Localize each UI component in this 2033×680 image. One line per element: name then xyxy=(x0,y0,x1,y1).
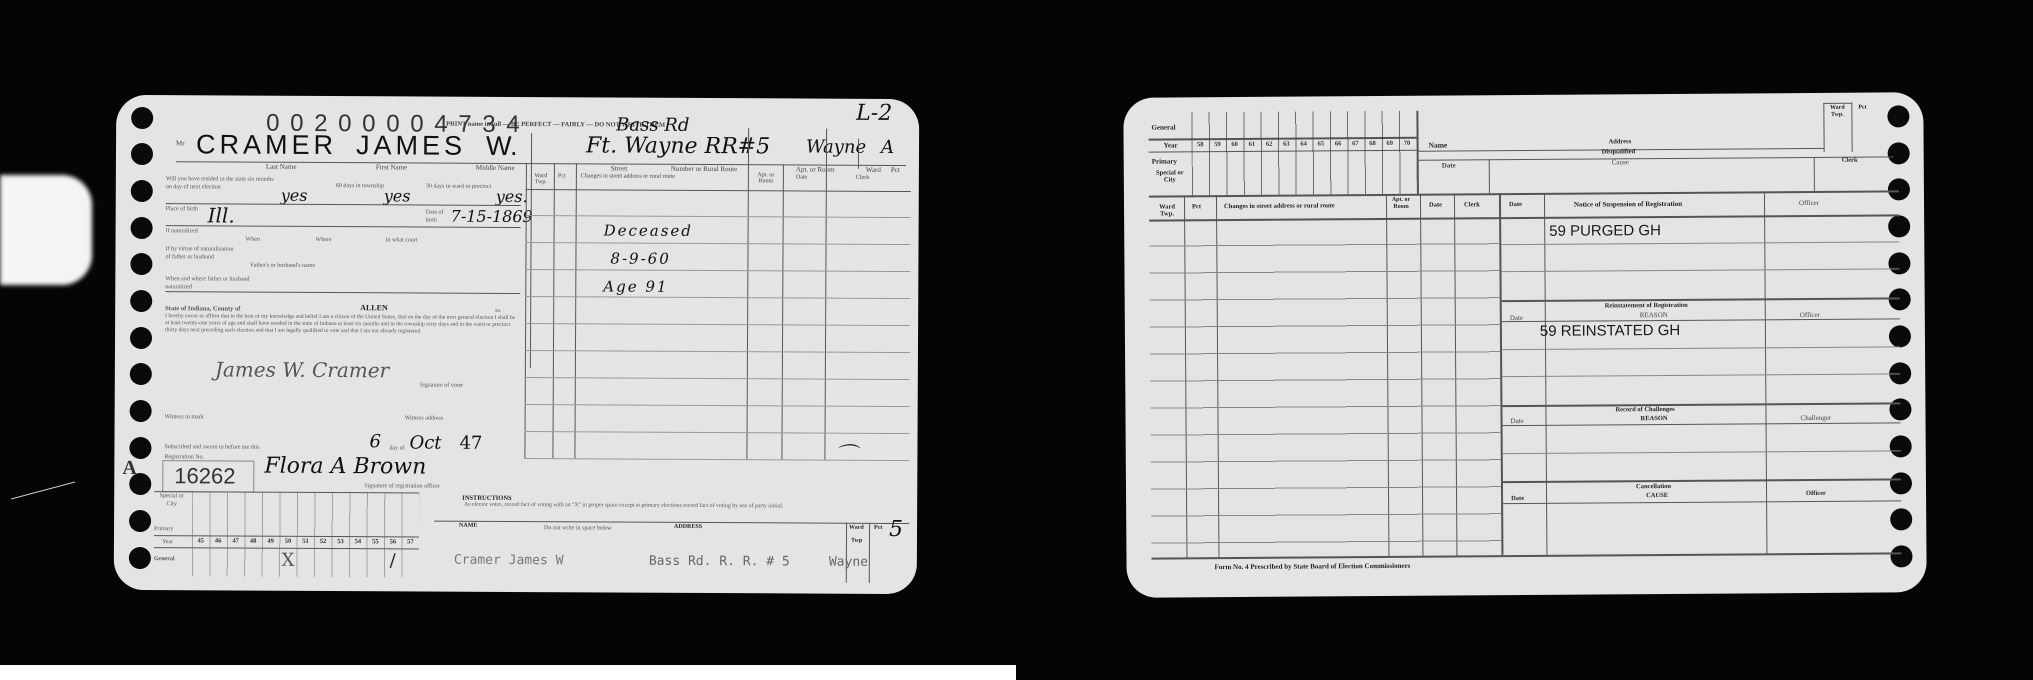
label-day-of: day of xyxy=(389,444,404,452)
col-line xyxy=(858,139,859,169)
punch-hole xyxy=(1890,435,1912,457)
punch-hole xyxy=(130,363,152,385)
suspension-header-officer: Officer xyxy=(1799,199,1819,207)
punch-hole xyxy=(130,253,152,275)
punch-hole xyxy=(129,547,151,569)
punch-hole xyxy=(130,290,152,312)
col-line xyxy=(781,164,784,459)
label-cause: Cause xyxy=(1612,158,1629,166)
col-line xyxy=(530,133,532,368)
typed-township: Wayne xyxy=(829,555,868,570)
punch-hole xyxy=(1888,215,1910,237)
grid-label-special: Special or City xyxy=(1156,169,1184,183)
footer-address-label: ADDRESS xyxy=(674,524,702,530)
punch-hole xyxy=(1888,252,1910,274)
punch-hole xyxy=(1888,178,1910,200)
label-disqualified: Disqualified xyxy=(1602,148,1636,155)
punch-hole xyxy=(1888,142,1910,164)
rule xyxy=(434,521,909,524)
side-letter: A xyxy=(122,457,137,480)
label-name: Name xyxy=(1429,141,1448,150)
footer-do-not-write: Do not write in space below xyxy=(544,524,612,532)
label-naturalized: If naturalized xyxy=(166,227,206,235)
answer-resided-state: yes xyxy=(281,186,308,205)
label-date: Date xyxy=(1442,161,1456,169)
col-line xyxy=(824,129,827,460)
rule xyxy=(1419,156,1894,160)
title-prefix: Mr xyxy=(176,139,185,147)
cancellation-header-officer: Officer xyxy=(1806,490,1826,497)
street-address: Ft. Wayne RR#5 xyxy=(586,133,770,159)
oath-county: ALLEN xyxy=(360,303,388,312)
changes-header-apt: Apt. or Room xyxy=(751,172,781,184)
col-line xyxy=(869,523,870,583)
rule xyxy=(525,350,910,353)
label-where: Where xyxy=(316,236,332,244)
punch-hole xyxy=(131,180,153,202)
suspension-header-date: Date xyxy=(1509,201,1522,208)
grid-label-general: General xyxy=(1151,123,1175,131)
rule xyxy=(1502,318,1900,322)
label-first-name: First Name xyxy=(376,163,407,171)
changes-note-deceased: Deceased xyxy=(604,221,693,239)
subscribed-day: 6 xyxy=(369,431,381,452)
reinstatement-header-officer: Officer xyxy=(1800,311,1820,319)
registration-card-front: 0 0 2 0 0 0 0 4 7 3 4 PRINT name in full… xyxy=(114,95,920,594)
changes-note-age: Age 91 xyxy=(603,277,668,295)
label-registrar: Signature of registration officer xyxy=(364,482,440,490)
suspension-header-notice: Notice of Suspension of Registration xyxy=(1574,200,1682,209)
rule xyxy=(525,404,910,407)
punch-hole xyxy=(131,143,153,165)
punch-hole xyxy=(131,217,153,239)
checkmark-scribble: ⌒ xyxy=(834,439,856,470)
label-subscribed: Subscribed and sworn to before me this xyxy=(164,443,259,451)
changes-header-address: Changes in street address or rural route xyxy=(1224,202,1335,210)
rule xyxy=(525,323,910,326)
cancellation-title: Cancellation xyxy=(1636,483,1671,490)
grid-label-year: Year xyxy=(1164,141,1178,149)
rule xyxy=(1503,500,1901,504)
adjacent-card-edge xyxy=(0,175,92,285)
footer-ward-label: Ward xyxy=(849,525,864,531)
label-ward-30: 30 days in ward or precinct xyxy=(426,183,506,191)
label-signature-of-voter: Signature of voter xyxy=(420,381,463,389)
registration-card-back: General Year Primary Special or City 58 … xyxy=(1123,92,1926,598)
registration-no: 16262 xyxy=(174,463,235,489)
cancellation-header-cause: CAUSE xyxy=(1646,492,1668,499)
punch-hole xyxy=(131,107,153,129)
label-when-where-naturalized: When and where father or husband natural… xyxy=(165,275,255,291)
bottom-strip xyxy=(0,665,1016,680)
subscribed-month: Oct xyxy=(409,432,441,453)
challenges-header-date: Date xyxy=(1511,417,1524,425)
col-line xyxy=(1814,157,1815,191)
label-street: Street xyxy=(611,164,627,172)
rule xyxy=(1502,373,1900,377)
registrar-signature: Flora A Brown xyxy=(264,454,426,480)
punch-hole xyxy=(1890,508,1912,530)
rule xyxy=(1501,241,1899,245)
changes-note-date: 8-9-60 xyxy=(610,249,670,267)
voting-grid-lines xyxy=(192,491,419,577)
changes-header-ward: Ward Twp. xyxy=(528,173,554,185)
col-line xyxy=(1544,193,1548,555)
grid-label-primary: Primary xyxy=(1152,157,1177,165)
rule xyxy=(525,296,910,299)
answer-township-60: yes xyxy=(384,186,411,205)
last-name: CRAMER xyxy=(196,129,337,161)
changes-header-clerk: Clerk xyxy=(856,175,869,181)
label-pct: Pct xyxy=(891,166,900,174)
rule xyxy=(1502,346,1900,350)
changes-header-date: Date xyxy=(796,174,807,180)
rule xyxy=(1503,450,1901,454)
rule xyxy=(1503,422,1901,426)
label-when: When xyxy=(246,236,260,244)
rule xyxy=(1503,478,1901,483)
changes-row-lines xyxy=(1149,217,1501,557)
challenges-header-challenger: Challenger xyxy=(1800,414,1831,422)
punch-hole xyxy=(130,327,152,349)
punch-hole xyxy=(1889,325,1911,347)
punch-hole xyxy=(1890,472,1912,494)
rule xyxy=(526,242,911,245)
reinstatement-title: Reinstatement of Registration xyxy=(1605,302,1688,310)
rule xyxy=(1501,268,1899,272)
changes-header-address: Changes in street address or rural route xyxy=(581,173,675,179)
label-fathers-name: Father's or husband's name xyxy=(250,262,315,270)
label-clerk: Clerk xyxy=(1842,157,1858,164)
label-witness-mark: Witness to mark xyxy=(165,413,204,421)
cancellation-header-date: Date xyxy=(1511,495,1524,502)
label-ward-twp: Ward Twp. xyxy=(1825,105,1849,119)
corner-mark: L-2 xyxy=(856,101,892,126)
rule xyxy=(1502,402,1900,407)
punch-hole xyxy=(1890,545,1912,567)
footer-pct-mark: 5 xyxy=(889,517,903,542)
label-last-name: Last Name xyxy=(266,163,297,171)
voter-signature: James W. Cramer xyxy=(215,357,389,382)
footer-twp-label: Twp xyxy=(851,538,862,544)
col-line xyxy=(552,163,555,458)
label-rural-route: Number or Rural Route xyxy=(671,165,737,173)
col-line xyxy=(746,128,749,459)
grid-label-general: General xyxy=(154,555,175,563)
label-apt-room: Apt. or Room xyxy=(796,165,835,173)
footer-pct-label: Pct xyxy=(874,525,882,531)
ward-pct-mark: A xyxy=(881,137,894,158)
grid-label-primary: Primary xyxy=(154,525,173,533)
label-place-of-birth: Place of birth xyxy=(166,205,206,213)
suspension-entry: 59 PURGED GH xyxy=(1549,222,1661,240)
rule xyxy=(525,377,910,380)
label-pct: Pct xyxy=(1858,105,1866,111)
punch-hole xyxy=(129,510,151,532)
label-resided-state: Will you have resided in the state six m… xyxy=(166,175,276,192)
punch-hole xyxy=(130,400,152,422)
label-address: Address xyxy=(1609,138,1632,145)
col-line xyxy=(524,163,527,458)
reinstatement-header-reason: REASON xyxy=(1640,311,1668,319)
typed-name: Cramer James W xyxy=(454,553,564,569)
reinstatement-entry: 59 REINSTATED GH xyxy=(1540,322,1680,340)
instructions-text: As elector votes, record fact of voting … xyxy=(464,502,889,511)
rule xyxy=(1502,297,1900,302)
label-in-what-court: In what court xyxy=(386,236,418,244)
punch-hole xyxy=(1887,105,1909,127)
footer-name-label: NAME xyxy=(459,523,477,529)
answer-date-of-birth: 7-15-1869 xyxy=(451,207,533,226)
label-middle-name: Middle Name xyxy=(476,164,515,172)
middle-name: W. xyxy=(486,131,518,162)
answer-ward-30: yes. xyxy=(496,187,528,206)
answer-place-of-birth: Ill. xyxy=(208,203,235,227)
typed-address: Bass Rd. R. R. # 5 xyxy=(649,554,790,570)
subscribed-year: 47 xyxy=(459,433,482,454)
rule xyxy=(525,431,910,434)
changes-header-pct: Pct xyxy=(1192,203,1201,210)
label-ward: Ward xyxy=(866,166,881,174)
rule xyxy=(165,291,520,294)
oath-ss: ss. xyxy=(495,307,501,315)
label-by-virtue: If by virtue of naturalization of father… xyxy=(165,245,235,261)
form-footer: Form No. 4 Prescribed by State Board of … xyxy=(1215,562,1411,571)
changes-header-pct: Pct xyxy=(558,173,566,179)
scratch-mark xyxy=(11,481,75,499)
challenges-header-reason: REASON xyxy=(1640,415,1667,422)
changes-header-clerk: Clerk xyxy=(1464,201,1480,208)
oath-text: I hereby swear or affirm that to the bes… xyxy=(165,313,520,336)
label-witness-address: Witness address xyxy=(405,414,444,422)
rule xyxy=(526,215,911,218)
col-line xyxy=(846,523,847,583)
grid-label-special: Special or City xyxy=(154,492,189,508)
changes-header-ward: Ward Twp. xyxy=(1152,203,1182,217)
rule xyxy=(526,189,911,192)
grid-label-year: Year xyxy=(162,538,173,546)
rule xyxy=(525,269,910,272)
challenges-title: Record of Challenges xyxy=(1615,406,1674,413)
col-line xyxy=(1489,159,1490,193)
col-line xyxy=(1764,191,1768,553)
col-line xyxy=(1416,111,1419,194)
changes-header-apt: Apt. or Room xyxy=(1386,197,1416,211)
voting-grid-lines xyxy=(1191,111,1417,196)
first-name: JAMES xyxy=(356,130,466,162)
col-line xyxy=(574,163,577,458)
changes-header-date: Date xyxy=(1429,202,1442,209)
punch-hole xyxy=(129,437,151,459)
